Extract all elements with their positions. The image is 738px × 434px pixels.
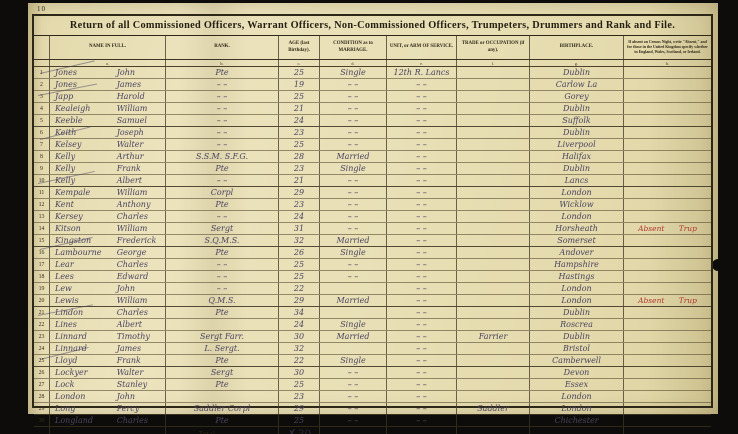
unit-cell: – – <box>387 139 457 150</box>
unit-cell: – – <box>387 247 457 258</box>
rank-cell: – – <box>166 103 279 114</box>
forename: James <box>117 80 165 89</box>
trade-cell <box>457 163 530 174</box>
rank-cell: – – <box>166 259 279 270</box>
trade-cell <box>457 79 530 90</box>
table-row: 30 Longland Charles Pte 25 – – – – Chich… <box>34 415 711 427</box>
rank-cell: Pte <box>166 163 279 174</box>
condition-cell: – – <box>320 115 387 126</box>
unit-cell: – – <box>387 379 457 390</box>
rank-cell: Q.M.S. <box>166 295 279 306</box>
forename: Walter <box>117 140 165 149</box>
surname: Lewis <box>50 296 117 305</box>
birthplace-cell: Chichester <box>530 415 624 426</box>
unit-cell: – – <box>387 283 457 294</box>
rank-cell: Pte <box>166 355 279 366</box>
name-cell: Lambourne George <box>50 247 166 258</box>
forename: Albert <box>117 176 165 185</box>
absent-cell <box>624 175 711 186</box>
row-number: 8 <box>34 151 50 162</box>
forename: Charles <box>117 260 165 269</box>
table-row: 25 Lloyd Frank Pte 22 Single – – Camberw… <box>34 355 711 367</box>
forename: John <box>117 68 165 77</box>
forename: Albert <box>117 320 165 329</box>
unit-cell: – – <box>387 391 457 402</box>
surname: Lloyd <box>50 356 117 365</box>
total-row: Total … … ✗ 30 <box>34 427 711 434</box>
unit-cell: – – <box>387 199 457 210</box>
rank-cell: Sergt <box>166 223 279 234</box>
age-cell: 22 <box>279 283 320 294</box>
condition-cell: – – <box>320 175 387 186</box>
condition-cell <box>320 283 387 294</box>
forename: Frederick <box>117 236 165 245</box>
row-number: 16 <box>34 247 50 258</box>
name-cell: Kingston Frederick <box>50 235 166 246</box>
forename: Charles <box>117 308 165 317</box>
rank-cell: – – <box>166 283 279 294</box>
surname: Lockyer <box>50 368 117 377</box>
trade-cell <box>457 115 530 126</box>
trade-cell <box>457 175 530 186</box>
unit-cell: – – <box>387 211 457 222</box>
absent-cell <box>624 187 711 198</box>
condition-cell: – – <box>320 103 387 114</box>
name-cell: Kelly Arthur <box>50 151 166 162</box>
table-row: 1 Jones John Pte 25 Single 12th R. Lancs… <box>34 67 711 79</box>
forename: Arthur <box>117 152 165 161</box>
birthplace-cell: Bristol <box>530 343 624 354</box>
absent-cell <box>624 151 711 162</box>
row-number: 14 <box>34 223 50 234</box>
unit-cell: – – <box>387 367 457 378</box>
surname: Kelly <box>50 152 117 161</box>
absent-cell <box>624 91 711 102</box>
condition-cell: Single <box>320 163 387 174</box>
table-row: 2 Jones James – – 19 – – – – Carlow La <box>34 79 711 91</box>
surname: Linnard <box>50 344 117 353</box>
surname: Lines <box>50 320 117 329</box>
trade-cell <box>457 259 530 270</box>
table-row: 6 Keith Joseph – – 23 – – – – Dublin <box>34 127 711 139</box>
letter-a: a. <box>50 60 166 66</box>
surname: Kent <box>50 200 117 209</box>
forename: John <box>117 392 165 401</box>
surname: Lear <box>50 260 117 269</box>
forename: Anthony <box>117 200 165 209</box>
rank-cell: Pte <box>166 415 279 426</box>
letter-h: h. <box>624 60 711 66</box>
birthplace-cell: Wicklow <box>530 199 624 210</box>
unit-cell: – – <box>387 79 457 90</box>
age-cell: 25 <box>279 259 320 270</box>
trade-cell: Farrier <box>457 331 530 342</box>
forename: William <box>117 188 165 197</box>
birthplace-cell: Roscrea <box>530 319 624 330</box>
table-header-row: NAME IN FULL. RANK. AGE (last Birthday).… <box>34 36 711 60</box>
name-cell: Kersey Charles <box>50 211 166 222</box>
unit-cell: – – <box>387 187 457 198</box>
unit-cell: – – <box>387 115 457 126</box>
form-frame: Return of all Commissioned Officers, War… <box>32 14 713 408</box>
absent-cell <box>624 199 711 210</box>
row-number: 9 <box>34 163 50 174</box>
absent-cell <box>624 283 711 294</box>
letter-e: e. <box>387 60 457 66</box>
letter-b: b. <box>166 60 279 66</box>
name-cell: Long Percy <box>50 403 166 414</box>
forename: Frank <box>117 164 165 173</box>
forename: Harold <box>117 92 165 101</box>
unit-cell: – – <box>387 223 457 234</box>
rank-cell: – – <box>166 79 279 90</box>
rank-cell: – – <box>166 175 279 186</box>
row-number: 23 <box>34 331 50 342</box>
birthplace-cell: Essex <box>530 379 624 390</box>
condition-cell: – – <box>320 403 387 414</box>
condition-cell: Single <box>320 319 387 330</box>
row-number: 6 <box>34 127 50 138</box>
trade-cell <box>457 211 530 222</box>
unit-cell: – – <box>387 103 457 114</box>
absent-cell <box>624 103 711 114</box>
birthplace-cell: Camberwell <box>530 355 624 366</box>
surname: Japp <box>50 92 117 101</box>
rank-cell <box>166 391 279 402</box>
name-cell: Lew John <box>50 283 166 294</box>
absent-cell <box>624 355 711 366</box>
birthplace-cell: Dublin <box>530 307 624 318</box>
unit-cell: – – <box>387 175 457 186</box>
surname: Keith <box>50 128 117 137</box>
table-row: 20 Lewis William Q.M.S. 29 Married – – L… <box>34 295 711 307</box>
rank-cell: – – <box>166 271 279 282</box>
table-row: 19 Lew John – – 22 – – London <box>34 283 711 295</box>
rank-cell: L. Sergt. <box>166 343 279 354</box>
condition-cell: – – <box>320 187 387 198</box>
age-cell: 25 <box>279 139 320 150</box>
header-rank: RANK. <box>166 36 279 59</box>
forename: Charles <box>117 416 165 425</box>
table-row: 11 Kempale William Corpl 29 – – – – Lond… <box>34 187 711 199</box>
row-number: 11 <box>34 187 50 198</box>
scanned-census-page: 10 Return of all Commissioned Officers, … <box>28 3 718 414</box>
birthplace-cell: Dublin <box>530 103 624 114</box>
row-number: 28 <box>34 391 50 402</box>
condition-cell: – – <box>320 199 387 210</box>
trade-cell <box>457 319 530 330</box>
age-cell: 22 <box>279 355 320 366</box>
absent-cell: Absent Trup <box>624 295 711 306</box>
birthplace-cell: London <box>530 391 624 402</box>
table-row: 7 Kelsey Walter – – 25 – – – – Liverpool <box>34 139 711 151</box>
condition-cell: – – <box>320 379 387 390</box>
condition-cell <box>320 343 387 354</box>
age-cell: 23 <box>279 163 320 174</box>
forename: Joseph <box>117 128 165 137</box>
condition-cell: – – <box>320 79 387 90</box>
row-number: 29 <box>34 403 50 414</box>
forename: George <box>117 248 165 257</box>
birthplace-cell: London <box>530 211 624 222</box>
forename: William <box>117 296 165 305</box>
table-row: 12 Kent Anthony Pte 23 – – – – Wicklow <box>34 199 711 211</box>
forename: Stanley <box>117 380 165 389</box>
unit-cell: – – <box>387 355 457 366</box>
surname: Lock <box>50 380 117 389</box>
absent-cell <box>624 67 711 78</box>
birthplace-cell: Somerset <box>530 235 624 246</box>
header-name: NAME IN FULL. <box>50 36 166 59</box>
absent-cell <box>624 79 711 90</box>
name-cell: Keith Joseph <box>50 127 166 138</box>
trade-cell <box>457 343 530 354</box>
absent-cell <box>624 247 711 258</box>
name-cell: Lees Edward <box>50 271 166 282</box>
table-row: 15 Kingston Frederick S.Q.M.S. 32 Marrie… <box>34 235 711 247</box>
age-cell: 29 <box>279 187 320 198</box>
name-cell: Lock Stanley <box>50 379 166 390</box>
trade-cell <box>457 187 530 198</box>
header-condition: CONDITION as to MARRIAGE. <box>320 36 387 59</box>
surname: Longland <box>50 416 117 425</box>
unit-cell: – – <box>387 343 457 354</box>
table-row: 17 Lear Charles – – 25 – – – – Hampshire <box>34 259 711 271</box>
age-cell: 23 <box>279 199 320 210</box>
name-cell: Kelsey Walter <box>50 139 166 150</box>
surname: Jones <box>50 80 117 89</box>
absent-cell <box>624 379 711 390</box>
unit-cell: – – <box>387 331 457 342</box>
table-row: 21 Lindon Charles Pte 34 – – Dublin <box>34 307 711 319</box>
surname: Lindon <box>50 308 117 317</box>
header-unit: UNIT, or ARM OF SERVICE. <box>387 36 457 59</box>
condition-cell: – – <box>320 127 387 138</box>
unit-cell: – – <box>387 91 457 102</box>
surname: Linnard <box>50 332 117 341</box>
condition-cell: Single <box>320 355 387 366</box>
rank-cell: Sergt Farr. <box>166 331 279 342</box>
forename: Frank <box>117 356 165 365</box>
trade-cell <box>457 355 530 366</box>
header-age: AGE (last Birthday). <box>279 36 320 59</box>
age-cell: 29 <box>279 295 320 306</box>
age-cell: 30 <box>279 331 320 342</box>
total-blank-name <box>50 427 166 434</box>
birthplace-cell: Halifax <box>530 151 624 162</box>
header-birthplace: BIRTHPLACE. <box>530 36 624 59</box>
birthplace-cell: London <box>530 403 624 414</box>
forename: Timothy <box>117 332 165 341</box>
absent-cell <box>624 139 711 150</box>
name-cell: Linnard Timothy <box>50 331 166 342</box>
punch-hole <box>712 259 724 271</box>
name-cell: Lloyd Frank <box>50 355 166 366</box>
birthplace-cell: Dublin <box>530 163 624 174</box>
forename: Percy <box>117 404 165 413</box>
age-cell: 25 <box>279 67 320 78</box>
unit-cell: 12th R. Lancs <box>387 67 457 78</box>
absent-cell: Absent Trup <box>624 223 711 234</box>
unit-cell: – – <box>387 403 457 414</box>
name-cell: Kelly Albert <box>50 175 166 186</box>
absent-cell <box>624 259 711 270</box>
row-number: 19 <box>34 283 50 294</box>
birthplace-cell: London <box>530 295 624 306</box>
surname: Kempale <box>50 188 117 197</box>
absent-cell <box>624 403 711 414</box>
name-cell: Keeble Samuel <box>50 115 166 126</box>
row-number: 13 <box>34 211 50 222</box>
table-row: 18 Lees Edward – – 25 – – – – Hastings <box>34 271 711 283</box>
birthplace-cell: Dublin <box>530 127 624 138</box>
row-number: 26 <box>34 367 50 378</box>
name-cell: Kempale William <box>50 187 166 198</box>
trade-cell <box>457 271 530 282</box>
page-number: 10 <box>37 5 46 13</box>
trade-cell <box>457 415 530 426</box>
header-absent: If absent on Census Night, write "Absent… <box>624 36 711 59</box>
trade-cell <box>457 379 530 390</box>
letter-c: c. <box>279 60 320 66</box>
unit-cell: – – <box>387 415 457 426</box>
unit-cell: – – <box>387 235 457 246</box>
name-cell: Jones John <box>50 67 166 78</box>
birthplace-cell: Carlow La <box>530 79 624 90</box>
surname: Kitson <box>50 224 117 233</box>
row-number: 7 <box>34 139 50 150</box>
trade-cell <box>457 151 530 162</box>
trade-cell <box>457 139 530 150</box>
row-number: 3 <box>34 91 50 102</box>
table-row: 3 Japp Harold – – 25 – – – – Gorey <box>34 91 711 103</box>
absent-cell <box>624 115 711 126</box>
name-cell: Lockyer Walter <box>50 367 166 378</box>
birthplace-cell: Lancs <box>530 175 624 186</box>
row-number: 15 <box>34 235 50 246</box>
name-cell: Jones James <box>50 79 166 90</box>
total-dots: … … <box>224 430 246 434</box>
rank-cell: Pte <box>166 67 279 78</box>
age-cell: 21 <box>279 175 320 186</box>
forename: Samuel <box>117 116 165 125</box>
table-row: 14 Kitson William Sergt 31 – – – – Horsh… <box>34 223 711 235</box>
trade-cell <box>457 67 530 78</box>
condition-cell: Single <box>320 247 387 258</box>
row-number: 30 <box>34 415 50 426</box>
age-cell: 23 <box>279 391 320 402</box>
table-row: 9 Kelly Frank Pte 23 Single – – Dublin <box>34 163 711 175</box>
birthplace-cell: Hampshire <box>530 259 624 270</box>
absent-cell <box>624 367 711 378</box>
rank-cell <box>166 319 279 330</box>
forename: William <box>117 224 165 233</box>
birthplace-cell: Suffolk <box>530 115 624 126</box>
trade-cell <box>457 391 530 402</box>
unit-cell: – – <box>387 295 457 306</box>
trade-cell: Saddler <box>457 403 530 414</box>
trade-cell <box>457 235 530 246</box>
trade-cell <box>457 247 530 258</box>
age-cell: 26 <box>279 247 320 258</box>
name-cell: Longland Charles <box>50 415 166 426</box>
condition-cell: – – <box>320 415 387 426</box>
name-cell: Lear Charles <box>50 259 166 270</box>
form-title: Return of all Commissioned Officers, War… <box>34 16 711 36</box>
row-number: 27 <box>34 379 50 390</box>
rank-cell: S.Q.M.S. <box>166 235 279 246</box>
condition-cell: Married <box>320 331 387 342</box>
name-cell: Kealeigh William <box>50 103 166 114</box>
surname: Kelly <box>50 164 117 173</box>
rank-cell: – – <box>166 211 279 222</box>
unit-cell: – – <box>387 127 457 138</box>
condition-cell: – – <box>320 139 387 150</box>
row-number: 5 <box>34 115 50 126</box>
absent-cell <box>624 307 711 318</box>
age-cell: 23 <box>279 127 320 138</box>
name-cell: Lindon Charles <box>50 307 166 318</box>
absent-cell <box>624 343 711 354</box>
unit-cell: – – <box>387 163 457 174</box>
name-cell: Linnard James <box>50 343 166 354</box>
letter-g: g. <box>530 60 624 66</box>
rank-cell: – – <box>166 115 279 126</box>
trade-cell <box>457 91 530 102</box>
letter-d: d. <box>320 60 387 66</box>
rank-cell: S.S.M. S.F.G. <box>166 151 279 162</box>
trade-cell <box>457 223 530 234</box>
surname: Kingston <box>50 236 117 245</box>
age-cell: 32 <box>279 235 320 246</box>
row-number: 2 <box>34 79 50 90</box>
absent-cell <box>624 331 711 342</box>
absent-cell <box>624 211 711 222</box>
unit-cell: – – <box>387 259 457 270</box>
surname: Kelsey <box>50 140 117 149</box>
surname: Kealeigh <box>50 104 117 113</box>
trade-cell <box>457 103 530 114</box>
age-cell: 24 <box>279 115 320 126</box>
table-row: 22 Lines Albert 24 Single – – Roscrea <box>34 319 711 331</box>
letter-blank <box>34 60 50 66</box>
age-cell: 28 <box>279 151 320 162</box>
surname: Keeble <box>50 116 117 125</box>
row-number: 25 <box>34 355 50 366</box>
table-row: 5 Keeble Samuel – – 24 – – – – Suffolk <box>34 115 711 127</box>
birthplace-cell: Devon <box>530 367 624 378</box>
age-cell: 25 <box>279 379 320 390</box>
rank-cell: Pte <box>166 247 279 258</box>
condition-cell: – – <box>320 259 387 270</box>
surname: Lew <box>50 284 117 293</box>
row-number: 22 <box>34 319 50 330</box>
table-row: 23 Linnard Timothy Sergt Farr. 30 Marrie… <box>34 331 711 343</box>
age-cell: 32 <box>279 343 320 354</box>
table-row: 13 Kersey Charles – – 24 – – – – London <box>34 211 711 223</box>
total-scribble-mark: ✗ <box>286 427 298 434</box>
row-number: 21 <box>34 307 50 318</box>
absent-cell <box>624 319 711 330</box>
birthplace-cell: London <box>530 187 624 198</box>
surname: Jones <box>50 68 117 77</box>
age-cell: 31 <box>279 223 320 234</box>
row-number: 18 <box>34 271 50 282</box>
absent-cell <box>624 415 711 426</box>
table-row: 16 Lambourne George Pte 26 Single – – An… <box>34 247 711 259</box>
row-number: 1 <box>34 67 50 78</box>
surname: Lambourne <box>50 248 117 257</box>
